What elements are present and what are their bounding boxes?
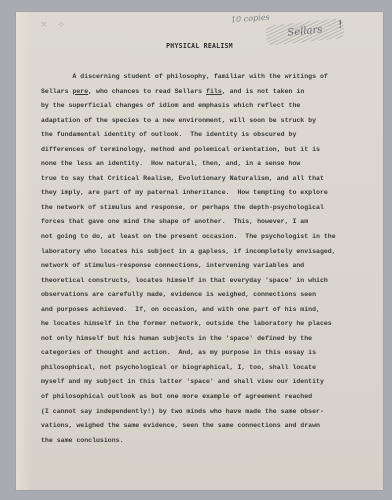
- text-line: A discerning student of philosophy, fami…: [41, 70, 376, 85]
- text-line: forces that gave one mind the shape of a…: [41, 215, 376, 230]
- document-page: × ⟡ 10 copies Sellars ! PHYSICAL REALISM…: [16, 12, 383, 490]
- pencil-note-copies: 10 copies: [231, 13, 270, 25]
- document-title: PHYSICAL REALISM: [16, 42, 383, 50]
- line-continuation: , who chances to read Sellars: [88, 88, 206, 95]
- corner-mark: × ⟡: [40, 20, 68, 30]
- text-line: (I cannot say independently!) by two min…: [41, 405, 376, 420]
- text-line: not only himself but his human subjects …: [41, 332, 376, 347]
- text-line: of philosophical outlook as but one more…: [41, 390, 376, 405]
- text-line: differences of terminology, method and p…: [41, 143, 376, 158]
- text-line: adaptation of the species to a new envir…: [41, 114, 376, 129]
- text-line: he locates himself in the former network…: [41, 317, 376, 332]
- line-end: , and is not taken in: [222, 88, 305, 95]
- sellars-text: Sellars: [41, 88, 72, 95]
- text-line: by the superficial changes of idiom and …: [41, 99, 376, 114]
- text-line: myself and my subject in this latter 'sp…: [41, 375, 376, 390]
- exclamation-mark: !: [338, 18, 342, 31]
- document-body: A discerning student of philosophy, fami…: [41, 70, 376, 448]
- text-line: not going to do, at least on the present…: [41, 230, 376, 245]
- text-line: philosophical, not psychological or biog…: [41, 361, 376, 376]
- text-line: vations, weighed the same evidence, seen…: [41, 419, 376, 434]
- text-line: theoretical constructs, locates himself …: [41, 274, 376, 289]
- text-line: network of stimulus-response connections…: [41, 259, 376, 274]
- text-line-underlined: Sellars pere, who chances to read Sellar…: [41, 85, 376, 100]
- text-line: they imply, are part of my paternal inhe…: [41, 186, 376, 201]
- text-line: none the less an identity. How natural, …: [41, 157, 376, 172]
- text-line: laboratory who locates his subject in a …: [41, 245, 376, 260]
- text-line: the fundamental identity of outlook. The…: [41, 128, 376, 143]
- underlined-word-fils: fils: [206, 88, 222, 95]
- underlined-word-pere: pere: [72, 88, 88, 95]
- text-line: observations are carefully made, evidenc…: [41, 288, 376, 303]
- text-line: the same conclusions.: [41, 434, 376, 449]
- text-line: the network of stimulus and response, or…: [41, 201, 376, 216]
- text-line: categories of thought and action. And, a…: [41, 346, 376, 361]
- text-line: true to say that Critical Realism, Evolu…: [41, 172, 376, 187]
- text-line: and purposes achieved. If, on occasion, …: [41, 303, 376, 318]
